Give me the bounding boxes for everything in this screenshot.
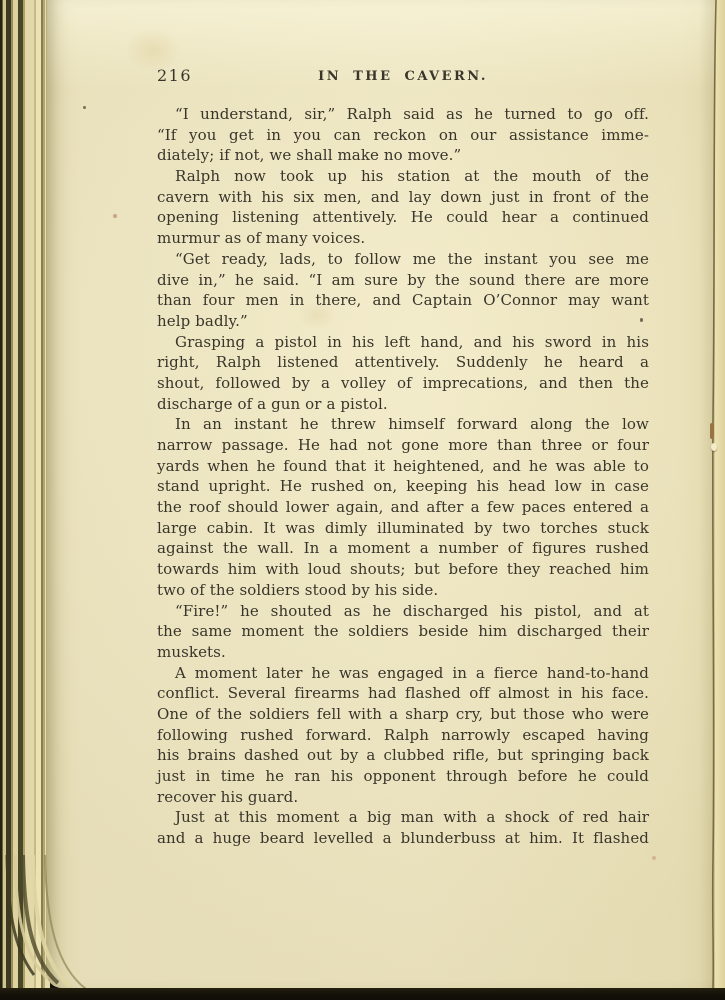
text-line: following rushed forward. Ralph narrowly… <box>157 725 649 746</box>
paragraphs: “I understand, sir,” Ralph said as he tu… <box>157 104 649 849</box>
text-line: opening listening attentively. He could … <box>157 207 649 228</box>
text-line: “If you get in you can reckon on our ass… <box>157 125 649 146</box>
text-line: In an instant he threw himself forward a… <box>157 414 649 435</box>
text-line: A moment later he was engaged in a fierc… <box>157 663 649 684</box>
text-line: and a huge beard levelled a blunderbuss … <box>157 828 649 849</box>
page-edge-notch <box>710 423 714 439</box>
text-line: dive in,” he said. “I am sure by the sou… <box>157 270 649 291</box>
text-line: two of the soldiers stood by his side. <box>157 580 649 601</box>
text-line: against the wall. In a moment a number o… <box>157 538 649 559</box>
text-line: “I understand, sir,” Ralph said as he tu… <box>157 104 649 125</box>
page-header-row: 216 IN THE CAVERN. <box>157 66 649 86</box>
text-line: large cabin. It was dimly illuminated by… <box>157 518 649 539</box>
text-line: help badly.” <box>157 311 649 332</box>
text-line: cavern with his six men, and lay down ju… <box>157 187 649 208</box>
text-line: the roof should lower again, and after a… <box>157 497 649 518</box>
text-line: Grasping a pistol in his left hand, and … <box>157 332 649 353</box>
page-edge-notch-dot <box>711 443 717 451</box>
text-line: recover his guard. <box>157 787 649 808</box>
text-line: diately; if not, we shall make no move.” <box>157 145 649 166</box>
text-line: the same moment the soldiers beside him … <box>157 621 649 642</box>
text-line: One of the soldiers fell with a sharp cr… <box>157 704 649 725</box>
text-block: 216 IN THE CAVERN. “I understand, sir,” … <box>157 66 649 849</box>
page-corner-curl-lines <box>0 855 150 990</box>
text-line: conflict. Several firearms had flashed o… <box>157 683 649 704</box>
text-line: stand upright. He rushed on, keeping his… <box>157 476 649 497</box>
paper-speck <box>83 106 86 109</box>
text-line: murmur as of many voices. <box>157 228 649 249</box>
text-line: towards him with loud shouts; but before… <box>157 559 649 580</box>
scanned-book-page: 216 IN THE CAVERN. “I understand, sir,” … <box>0 0 725 1000</box>
text-line: “Fire!” he shouted as he discharged his … <box>157 601 649 622</box>
text-line: his brains dashed out by a clubbed rifle… <box>157 745 649 766</box>
text-line: Ralph now took up his station at the mou… <box>157 166 649 187</box>
text-line: “Get ready, lads, to follow me the insta… <box>157 249 649 270</box>
text-line: narrow passage. He had not gone more tha… <box>157 435 649 456</box>
book-binding-page-edges <box>0 0 50 1000</box>
page-edge-line <box>704 0 722 988</box>
paper-speck <box>113 214 117 218</box>
text-line: shout, followed by a volley of imprecati… <box>157 373 649 394</box>
text-line: yards when he found that it heightened, … <box>157 456 649 477</box>
text-line: discharge of a gun or a pistol. <box>157 394 649 415</box>
text-line: right, Ralph listened attentively. Sudde… <box>157 352 649 373</box>
running-header: IN THE CAVERN. <box>157 69 649 84</box>
text-line: just in time he ran his opponent through… <box>157 766 649 787</box>
text-line: than four men in there, and Captain O’Co… <box>157 290 649 311</box>
text-line: Just at this moment a big man with a sho… <box>157 807 649 828</box>
text-line: muskets. <box>157 642 649 663</box>
paper-speck <box>652 856 656 860</box>
book-board-bottom-edge <box>0 988 725 1000</box>
